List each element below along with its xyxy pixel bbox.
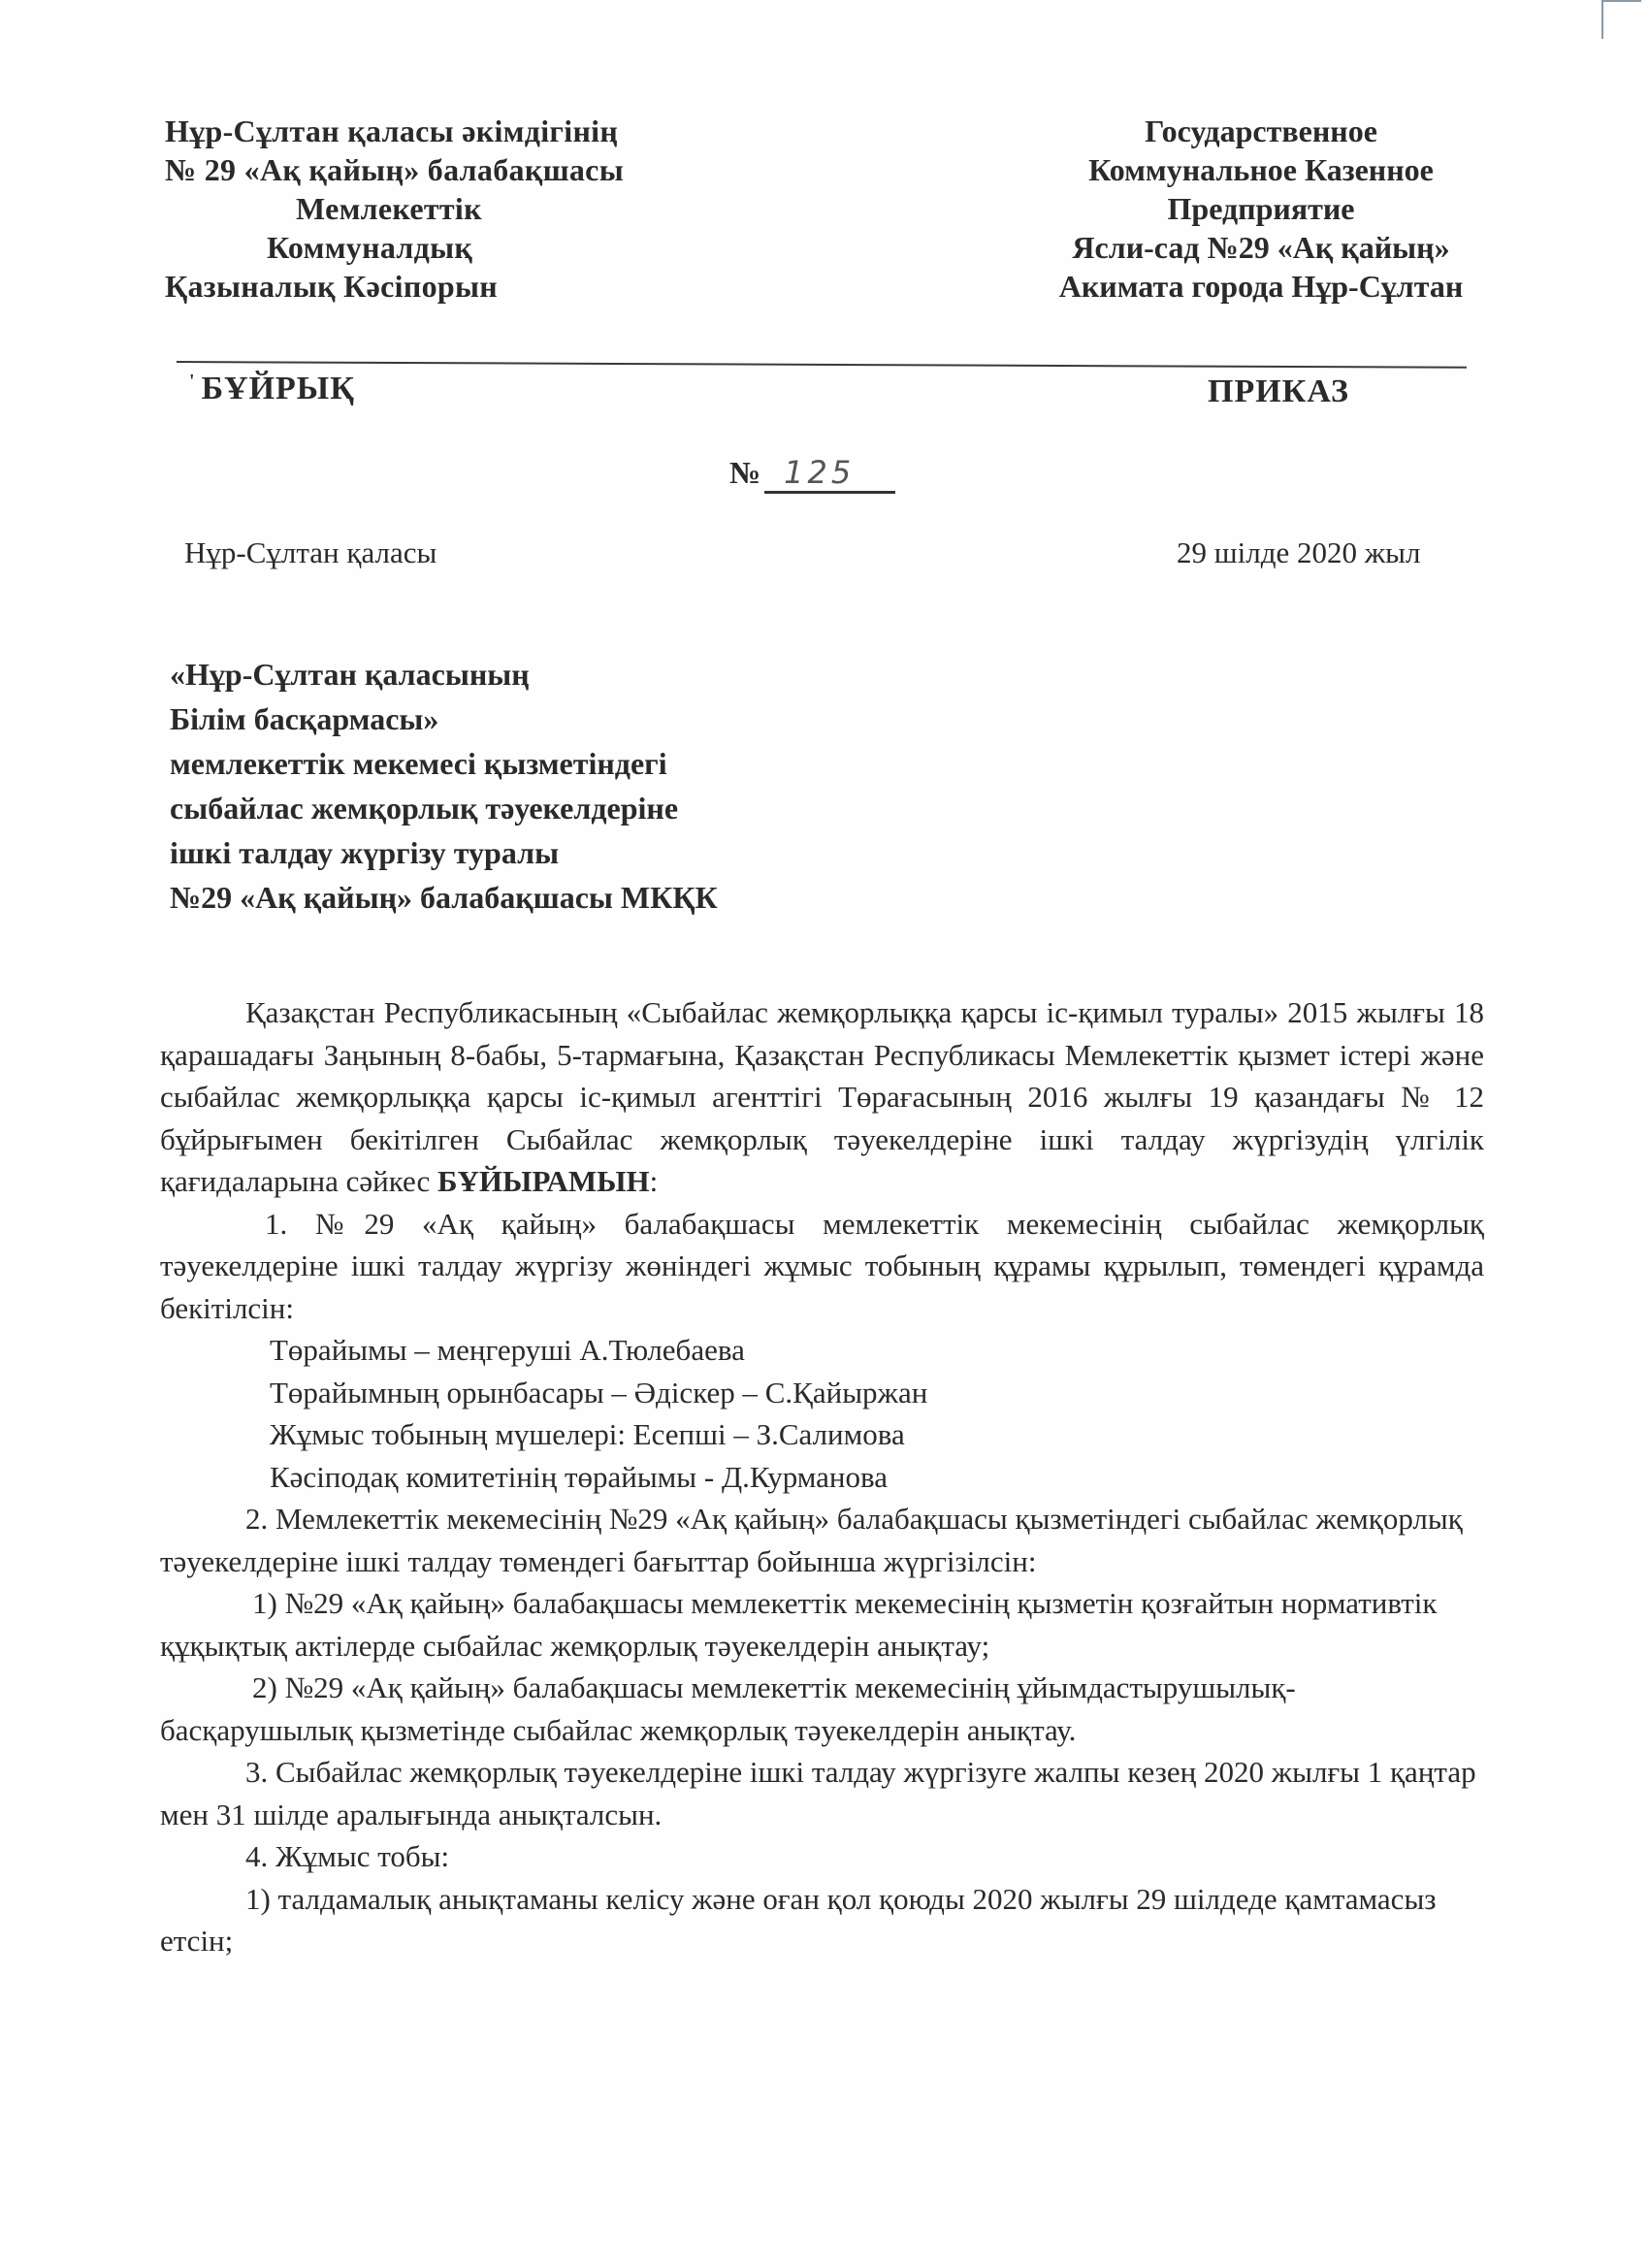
- order-directive: БҰЙЫРАМЫН: [437, 1164, 650, 1198]
- item-1: 1. №29 «Ақ қайың» балабақшасы мемлекетті…: [160, 1203, 1484, 1330]
- subject-line: мемлекеттік мекемесі қызметіндегі: [170, 741, 718, 786]
- member-deputy: Төрайымның орынбасары – Әдіскер – С.Қайы…: [160, 1372, 1484, 1414]
- order-body: Қазақстан Республикасының «Сыбайлас жемқ…: [160, 991, 1484, 1962]
- issue-city: Нұр-Сұлтан қаласы: [184, 535, 436, 570]
- preamble-paragraph: Қазақстан Республикасының «Сыбайлас жемқ…: [160, 991, 1484, 1203]
- letterhead-kazakh: Нұр-Сұлтан қаласы әкімдігінің № 29 «Ақ қ…: [165, 112, 747, 306]
- scan-edge-mark: [1601, 0, 1603, 39]
- number-sign: №: [729, 455, 760, 490]
- letterhead-line: Коммуналдық: [165, 228, 747, 267]
- subject-line: Білім басқармасы»: [170, 697, 718, 741]
- item-4: 4. Жұмыс тобы:: [160, 1835, 1484, 1878]
- scan-edge-mark: [1602, 0, 1641, 2]
- letterhead-line: Мемлекеттік: [165, 189, 747, 228]
- item-2-2: 2) №29 «Ақ қайың» балабақшасы мемлекетті…: [160, 1667, 1484, 1751]
- order-subject: «Нұр-Сұлтан қаласының Білім басқармасы» …: [170, 652, 718, 920]
- member-accountant: Жұмыс тобының мүшелері: Есепші – З.Салим…: [160, 1413, 1484, 1456]
- letterhead-line: Предприятие: [994, 189, 1528, 228]
- item-2: 2. Мемлекеттік мекемесінің №29 «Ақ қайың…: [160, 1498, 1484, 1582]
- order-number: №125: [729, 454, 895, 494]
- letterhead-line: № 29 «Ақ қайың» балабақшасы: [165, 150, 747, 189]
- issue-date: 29 шілде 2020 жыл: [1177, 535, 1420, 570]
- letterhead-line: Ясли-сад №29 «Ақ қайың»: [994, 228, 1528, 267]
- header-divider: [177, 361, 1467, 369]
- member-union-chair: Кәсіподақ комитетінің төрайымы - Д.Курма…: [160, 1456, 1484, 1499]
- scan-speck: ': [189, 371, 196, 392]
- item-2-1: 1) №29 «Ақ қайың» балабақшасы мемлекетті…: [160, 1582, 1484, 1667]
- letterhead-line: Қазыналық Кәсіпорын: [165, 267, 747, 306]
- subject-line: «Нұр-Сұлтан қаласының: [170, 652, 718, 697]
- member-chair: Төрайымы – меңгеруші А.Тюлебаева: [160, 1329, 1484, 1372]
- letterhead-line: Акимата города Нұр-Сұлтан: [994, 267, 1528, 306]
- subject-line: ішкі талдау жүргізу туралы: [170, 830, 718, 875]
- handwritten-order-number: 125: [764, 454, 895, 494]
- order-title-kazakh: 'БҰЙРЫҚ: [189, 371, 355, 407]
- item-3: 3. Сыбайлас жемқорлық тәуекелдеріне ішкі…: [160, 1751, 1484, 1835]
- subject-line: сыбайлас жемқорлық тәуекелдеріне: [170, 786, 718, 830]
- letterhead-line: Нұр-Сұлтан қаласы әкімдігінің: [165, 112, 747, 150]
- item-4-1: 1) талдамалық анықтаманы келісу және оға…: [160, 1878, 1484, 1962]
- scanned-document-page: Нұр-Сұлтан қаласы әкімдігінің № 29 «Ақ қ…: [0, 0, 1649, 2268]
- letterhead-line: Коммунальное Казенное: [994, 150, 1528, 189]
- subject-line: №29 «Ақ қайың» балабақшасы МКҚК: [170, 875, 718, 920]
- order-title-russian: ПРИКАЗ: [1208, 373, 1349, 410]
- letterhead-russian: Государственное Коммунальное Казенное Пр…: [994, 112, 1528, 306]
- letterhead-line: Государственное: [994, 112, 1528, 150]
